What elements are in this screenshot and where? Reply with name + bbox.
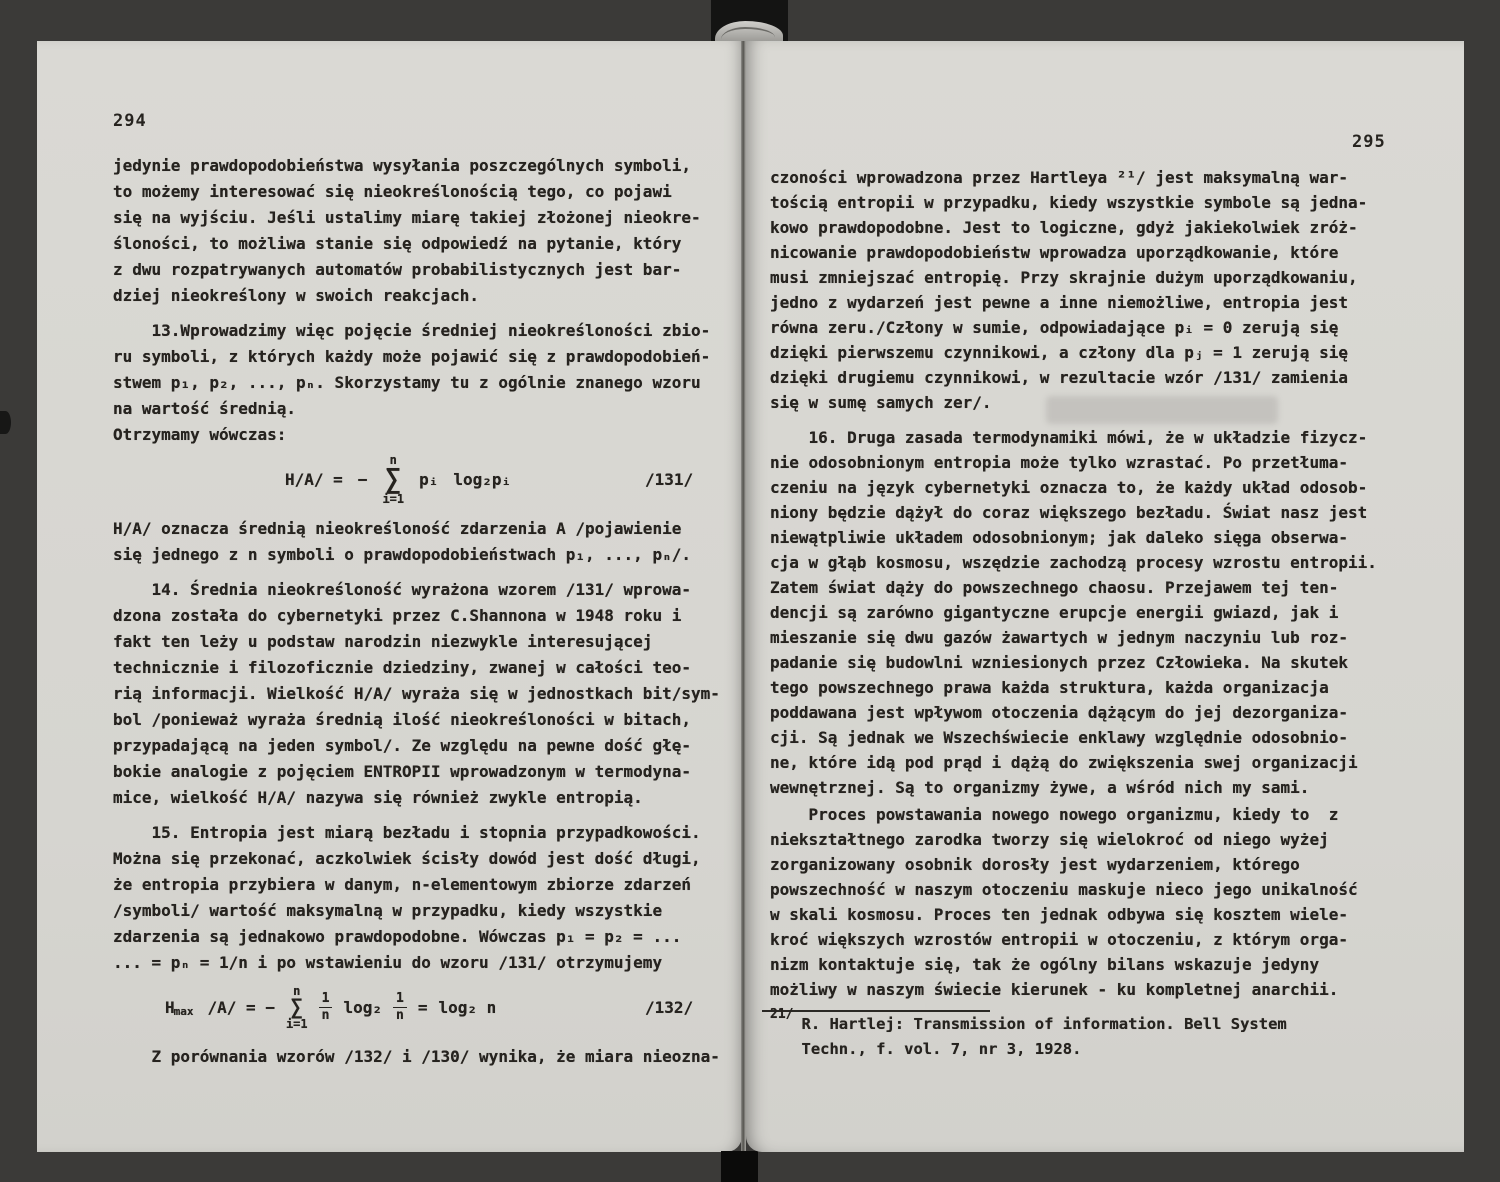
fraction-1-over-n: 1 n [393, 991, 407, 1023]
paragraph-closing: Z porównania wzorów /132/ i /130/ wynika… [113, 1044, 743, 1070]
text-line: cji. Są jednak we Wszechświecie enklawy … [770, 725, 1452, 750]
text-line: mieszanie się dwu gazów żawartych w jedn… [770, 625, 1452, 650]
fraction-1-over-n: 1 n [319, 991, 333, 1023]
text-line: śloności, to możliwa stanie się odpowied… [113, 231, 743, 257]
formula-lhs: H/A/ = [285, 470, 343, 489]
footnote-text: R. Hartlej: Transmission of information.… [801, 1012, 1286, 1062]
sigma-glyph: ∑ [290, 997, 303, 1018]
book-scan: 294 jedynie prawdopodobieństwa wysyłania… [0, 0, 1500, 1182]
text-line: musi zmniejszać entropię. Przy skrajnie … [770, 265, 1452, 290]
text-line: dzięki drugiemu czynnikowi, w rezultacie… [770, 365, 1452, 390]
text-line: Z porównania wzorów /132/ i /130/ wynika… [113, 1044, 743, 1070]
text-line: cja w głąb kosmosu, wszędzie zachodzą pr… [770, 550, 1452, 575]
sigma-glyph: ∑ [385, 466, 401, 493]
sum-lower-limit: i=1 [286, 1018, 308, 1030]
text-line: nicowanie prawdopodobieństw wprowadza up… [770, 240, 1452, 265]
text-line: się na wyjściu. Jeśli ustalimy miarę tak… [113, 205, 743, 231]
paragraph-continuation: czoności wprowadzona przez Hartleya ²¹/ … [770, 165, 1452, 415]
text-line: ... = pₙ = 1/n i po wstawieniu do wzoru … [113, 950, 743, 976]
text-line: Zatem świat dąży do powszechnego chaosu.… [770, 575, 1452, 600]
book-spine-bottom-gap [721, 1151, 758, 1182]
text-line: mice, wielkość H/A/ nazywa się również z… [113, 785, 743, 811]
text-line: jedynie prawdopodobieństwa wysyłania pos… [113, 153, 743, 179]
text-line: się jednego z n symboli o prawdopodobień… [113, 542, 743, 568]
left-page: 294 jedynie prawdopodobieństwa wysyłania… [37, 41, 742, 1152]
fraction-numerator: 1 [393, 991, 407, 1008]
paragraph-intro: jedynie prawdopodobieństwa wysyłania pos… [113, 153, 743, 309]
footnote-marker: 21/ [770, 1007, 793, 1022]
footnote-body: 21/ R. Hartlej: Transmission of informat… [770, 1012, 1452, 1062]
text-line: powszechność w naszym otoczeniu maskuje … [770, 877, 1452, 902]
text-line: R. Hartlej: Transmission of information.… [801, 1012, 1286, 1037]
text-line: fakt ten leży u podstaw narodzin niezwyk… [113, 629, 743, 655]
text-line: czoności wprowadzona przez Hartleya ²¹/ … [770, 165, 1452, 190]
text-line: niony będzie dążył do coraz większego be… [770, 500, 1452, 525]
text-line: nizm kontaktuje się, tak że ogólny bilan… [770, 952, 1452, 977]
text-line: ne, które idą pod prąd i dążą do zwiększ… [770, 750, 1452, 775]
text-line: 15. Entropia jest miarą bezładu i stopni… [113, 820, 743, 846]
text-line: to możemy interesować się nieokreślonośc… [113, 179, 743, 205]
text-line: padanie się budowlni wzniesionych przez … [770, 650, 1452, 675]
text-line: że entropia przybiera w danym, n-element… [113, 872, 743, 898]
footnote: 21/ R. Hartlej: Transmission of informat… [770, 1010, 1452, 1062]
paragraph-15: 15. Entropia jest miarą bezładu i stopni… [113, 820, 743, 976]
text-line: niewątpliwie układem odosobnionym; jak d… [770, 525, 1452, 550]
text-line: /symboli/ wartość maksymalną w przypadku… [113, 898, 743, 924]
text-line: rią informacji. Wielkość H/A/ wyraża się… [113, 681, 743, 707]
text-line: Otrzymamy wówczas: [113, 422, 743, 448]
text-line: w skali kosmosu. Proces ten jednak odbyw… [770, 902, 1452, 927]
right-page: 295 czoności wprowadzona przez Hartleya … [746, 41, 1464, 1152]
sum-lower-limit: i=1 [382, 493, 404, 505]
text-line: jedno z wydarzeń jest pewne a inne niemo… [770, 290, 1452, 315]
text-line: poddawana jest wpływom otoczenia dążącym… [770, 700, 1452, 725]
text-line: z dwu rozpatrywanych automatów probabili… [113, 257, 743, 283]
text-line: dzięki pierwszemu czynnikowi, a człony d… [770, 340, 1452, 365]
text-line: wewnętrznej. Są to organizmy żywe, a wśr… [770, 775, 1452, 800]
text-line: 14. Średnia nieokreśloność wyrażona wzor… [113, 577, 743, 603]
formula-131: H/A/ = − n ∑ i=1 pᵢ log₂pᵢ /131/ [113, 450, 743, 508]
text-line: nie odosobnionym entropia może tylko wzr… [770, 450, 1452, 475]
text-line: dzona została do cybernetyki przez C.Sha… [113, 603, 743, 629]
text-line: tego powszechnego prawa każda struktura,… [770, 675, 1452, 700]
text-line: bol /ponieważ wyraża średnią ilość nieok… [113, 707, 743, 733]
page-number-left: 294 [113, 111, 147, 131]
text-line: 16. Druga zasada termodynamiki mówi, że … [770, 425, 1452, 450]
fraction-numerator: 1 [319, 991, 333, 1008]
paragraph-process: Proces powstawania nowego nowego organiz… [770, 802, 1452, 1002]
text-line: zorganizowany osobnik dorosły jest wydar… [770, 852, 1452, 877]
text-line: Można się przekonać, aczkolwiek ścisły d… [113, 846, 743, 872]
formula-term: log₂pᵢ [453, 470, 511, 489]
formula-132: Hmax /A/ = − n ∑ i=1 1 n log₂ 1 n = [113, 978, 743, 1036]
subscript-max: max [174, 1005, 194, 1018]
text-line: przypadającą na jeden symbol/. Ze względ… [113, 733, 743, 759]
formula-term: log₂ [343, 998, 382, 1017]
text-line: bokie analogie z pojęciem ENTROPII wprow… [113, 759, 743, 785]
paragraph-16: 16. Druga zasada termodynamiki mówi, że … [770, 425, 1452, 800]
ink-bleed-smudge [1046, 396, 1278, 424]
scan-edge-mark [0, 411, 11, 434]
fraction-denominator: n [322, 1008, 330, 1024]
equation-number: /132/ [645, 998, 693, 1017]
formula-term: pᵢ [419, 470, 438, 489]
text-line: Techn., f. vol. 7, nr 3, 1928. [801, 1037, 1286, 1062]
text-line: dencji są zarówno gigantyczne erupcje en… [770, 600, 1452, 625]
h-max-symbol: Hmax [165, 998, 197, 1017]
text-line: zdarzenia są jednakowo prawdopodobne. Wó… [113, 924, 743, 950]
summation-symbol: n ∑ i=1 [382, 454, 404, 505]
paragraph-13: 13.Wprowadzimy więc pojęcie średniej nie… [113, 318, 743, 448]
paragraph-14: 14. Średnia nieokreśloność wyrażona wzor… [113, 577, 743, 811]
text-line: technicznie i filozoficznie dziedziny, z… [113, 655, 743, 681]
right-text-column: czoności wprowadzona przez Hartleya ²¹/ … [770, 165, 1452, 1062]
text-line: równa zeru./Człony w sumie, odpowiadając… [770, 315, 1452, 340]
page-number-right: 295 [1352, 132, 1386, 152]
text-line: czeniu na język cybernetyki oznacza to, … [770, 475, 1452, 500]
left-text-column: jedynie prawdopodobieństwa wysyłania pos… [113, 153, 743, 1079]
text-line: dziej nieokreślony w swoich reakcjach. [113, 283, 743, 309]
text-line: kowo prawdopodobne. Jest to logiczne, gd… [770, 215, 1452, 240]
formula-rhs: log₂ n [438, 998, 496, 1017]
text-line: Proces powstawania nowego nowego organiz… [770, 802, 1452, 827]
text-line: H/A/ oznacza średnią nieokreśloność zdar… [113, 516, 743, 542]
paragraph-explain: H/A/ oznacza średnią nieokreśloność zdar… [113, 516, 743, 568]
text-line: tością entropii w przypadku, kiedy wszys… [770, 190, 1452, 215]
formula-lhs-rest: /A/ = − [208, 998, 275, 1017]
equation-number: /131/ [645, 470, 693, 489]
text-line: na wartość średnią. [113, 396, 743, 422]
text-line: niekształtnego zarodka tworzy się wielok… [770, 827, 1452, 852]
text-line: możliwy w naszym świecie kierunek - ku k… [770, 977, 1452, 1002]
text-line: 13.Wprowadzimy więc pojęcie średniej nie… [113, 318, 743, 344]
minus-sign: − [358, 470, 368, 489]
text-line: kroć większych wzrostów entropii w otocz… [770, 927, 1452, 952]
text-line: stwem p₁, p₂, ..., pₙ. Skorzystamy tu z … [113, 370, 743, 396]
text-line: ru symboli, z których każdy może pojawić… [113, 344, 743, 370]
fraction-denominator: n [396, 1008, 404, 1024]
summation-symbol: n ∑ i=1 [286, 985, 308, 1030]
equals-sign: = [418, 998, 428, 1017]
